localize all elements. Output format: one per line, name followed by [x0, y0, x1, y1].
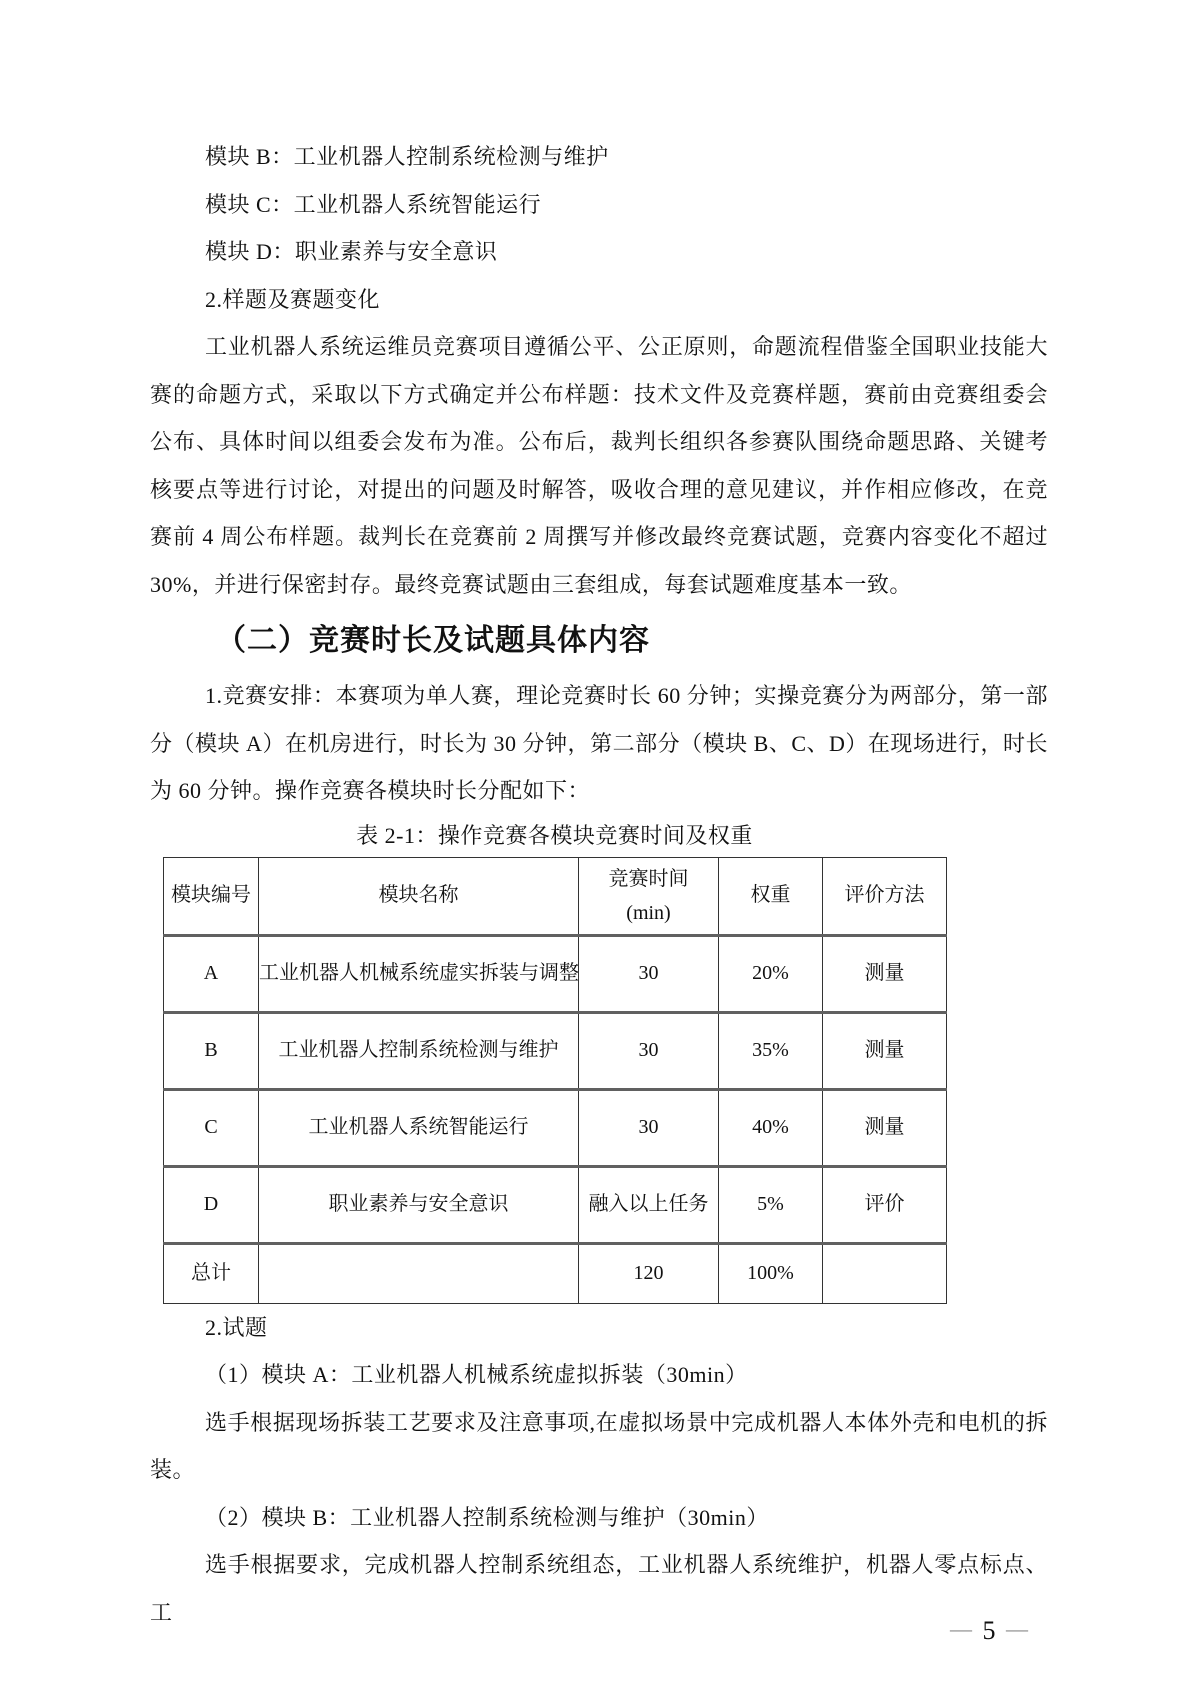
table-header-row: 模块编号 模块名称 竞赛时间 (min) 权重 评价方法	[164, 857, 947, 935]
table-cell: A	[164, 935, 259, 1012]
table-total-row: 总计 120 100%	[164, 1243, 947, 1303]
table-cell: 5%	[719, 1166, 823, 1243]
table-row: C 工业机器人系统智能运行 30 40% 测量	[164, 1089, 947, 1166]
table-cell: 测量	[823, 935, 947, 1012]
table-header-cell: 权重	[719, 857, 823, 935]
table-header-cell: 竞赛时间 (min)	[579, 857, 719, 935]
table-cell: 35%	[719, 1012, 823, 1089]
page-content: 模块 B：工业机器人控制系统检测与维护 模块 C：工业机器人系统智能运行 模块 …	[150, 133, 1048, 1636]
table-row: B 工业机器人控制系统检测与维护 30 35% 测量	[164, 1012, 947, 1089]
list-item-sample-topics: 2.样题及赛题变化	[150, 276, 1048, 324]
table-cell: 40%	[719, 1089, 823, 1166]
page-number-value: 5	[983, 1616, 998, 1645]
table-row: A 工业机器人机械系统虚实拆装与调整 30 20% 测量	[164, 935, 947, 1012]
table-header-time-label: 竞赛时间	[579, 862, 718, 896]
table-cell: 20%	[719, 935, 823, 1012]
table-cell: 测量	[823, 1012, 947, 1089]
table-cell: D	[164, 1166, 259, 1243]
table-cell: 30	[579, 935, 719, 1012]
schedule-table: 模块编号 模块名称 竞赛时间 (min) 权重 评价方法 A 工业机器人机械系统…	[163, 857, 947, 1304]
table-header-cell: 模块编号	[164, 857, 259, 935]
table-cell: B	[164, 1012, 259, 1089]
table-caption: 表 2-1：操作竞赛各模块竞赛时间及权重	[163, 819, 946, 853]
paragraph-sample-process: 工业机器人系统运维员竞赛项目遵循公平、公正原则，命题流程借鉴全国职业技能大赛的命…	[150, 323, 1048, 608]
page-number-right-dash: —	[1006, 1616, 1030, 1641]
paragraph-arrangement: 1.竞赛安排：本赛项为单人赛，理论竞赛时长 60 分钟；实操竞赛分为两部分，第一…	[150, 672, 1048, 815]
table-cell: 融入以上任务	[579, 1166, 719, 1243]
table-cell: 职业素养与安全意识	[259, 1166, 579, 1243]
module-line-d: 模块 D：职业素养与安全意识	[150, 228, 1048, 276]
list-item-module-b: （2）模块 B：工业机器人控制系统检测与维护（30min）	[150, 1494, 1048, 1542]
table-header-cell: 模块名称	[259, 857, 579, 935]
table-cell: 100%	[719, 1243, 823, 1303]
paragraph-module-a: 选手根据现场拆装工艺要求及注意事项,在虚拟场景中完成机器人本体外壳和电机的拆装。	[150, 1399, 1048, 1494]
table-cell: 工业机器人控制系统检测与维护	[259, 1012, 579, 1089]
paragraph-module-b: 选手根据要求，完成机器人控制系统组态，工业机器人系统维护，机器人零点标点、工	[150, 1541, 1048, 1636]
table-cell: 工业机器人系统智能运行	[259, 1089, 579, 1166]
section-heading: （二）竞赛时长及试题具体内容	[150, 620, 1048, 662]
page-number-left-dash: —	[950, 1616, 974, 1641]
table-cell: 测量	[823, 1089, 947, 1166]
table-cell: 120	[579, 1243, 719, 1303]
table-cell	[823, 1243, 947, 1303]
table-header-cell: 评价方法	[823, 857, 947, 935]
page-number: — 5 —	[950, 1616, 1030, 1646]
list-item-module-a: （1）模块 A：工业机器人机械系统虚拟拆装（30min）	[150, 1351, 1048, 1399]
list-item-questions: 2.试题	[150, 1304, 1048, 1352]
document-page: 模块 B：工业机器人控制系统检测与维护 模块 C：工业机器人系统智能运行 模块 …	[0, 0, 1199, 1696]
table-cell	[259, 1243, 579, 1303]
table-cell: 评价	[823, 1166, 947, 1243]
table-cell: 总计	[164, 1243, 259, 1303]
table-header-time-unit: (min)	[579, 896, 718, 930]
table-cell: 30	[579, 1012, 719, 1089]
table-row: D 职业素养与安全意识 融入以上任务 5% 评价	[164, 1166, 947, 1243]
table-cell: C	[164, 1089, 259, 1166]
table-cell: 30	[579, 1089, 719, 1166]
table-cell: 工业机器人机械系统虚实拆装与调整	[259, 935, 579, 1012]
module-line-c: 模块 C：工业机器人系统智能运行	[150, 181, 1048, 229]
schedule-table-area: 表 2-1：操作竞赛各模块竞赛时间及权重 模块编号 模块名称 竞赛时间 (min…	[163, 819, 946, 1304]
module-line-b: 模块 B：工业机器人控制系统检测与维护	[150, 133, 1048, 181]
